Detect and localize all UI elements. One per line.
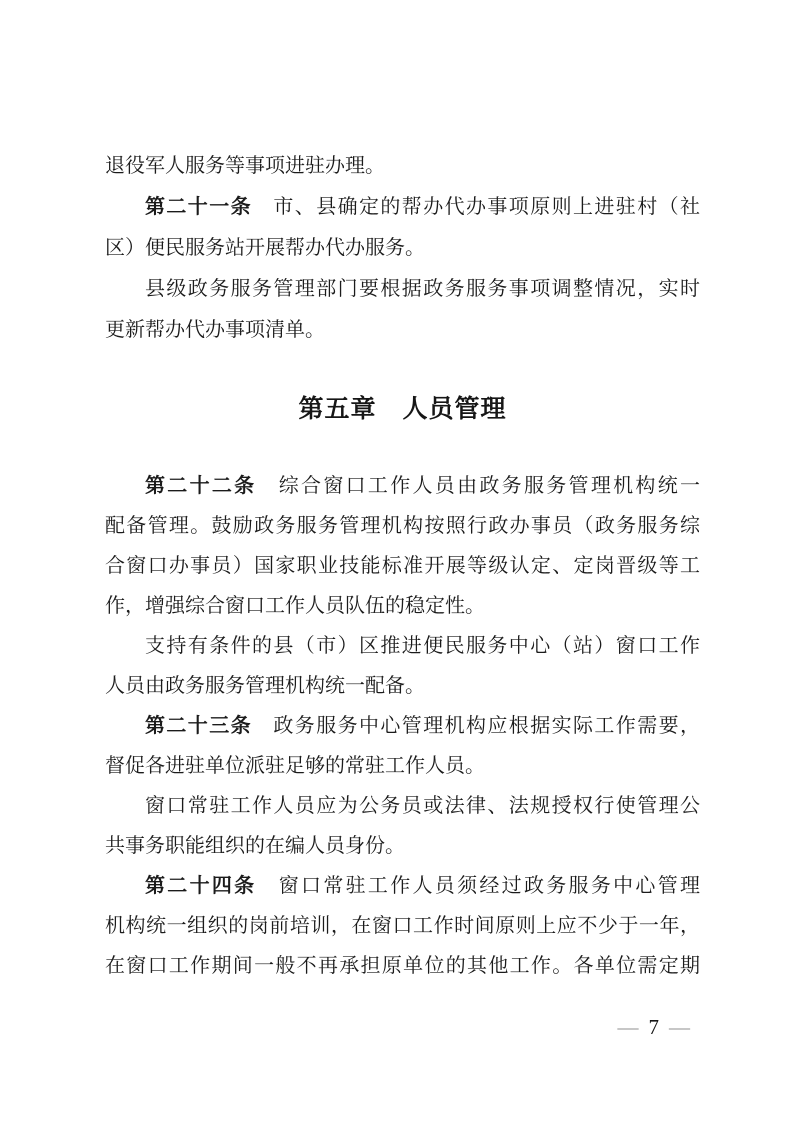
text-line: 共事务职能组织的在编人员身份。 [105,826,700,866]
line-text: 政务服务中心管理机构应根据实际工作需要， [252,715,700,737]
text-line: 配备管理。鼓励政务服务管理机构按照行政办事员（政务服务综 [105,506,700,546]
line-text: 退役军人服务等事项进驻办理。 [105,155,385,177]
page-number: 7 [649,1015,660,1039]
section-after-chapter: 第二十二条 综合窗口工作人员由政务服务管理机构统一 配备管理。鼓励政务服务管理机… [105,466,700,986]
line-text: 支持有条件的县（市）区推进便民服务中心（站）窗口工作 [145,635,700,657]
line-text: 窗口常驻工作人员应为公务员或法律、法规授权行使管理公 [145,795,700,817]
text-line: 第二十一条 市、县确定的帮办代办事项原则上进驻村（社 [105,187,700,228]
chapter-heading: 第五章 人员管理 [105,387,700,431]
line-text: 人员由政务服务管理机构统一配备。 [105,675,425,697]
text-line: 第二十三条 政务服务中心管理机构应根据实际工作需要， [105,706,700,746]
page-footer: —7— [608,1012,701,1042]
article-number: 第二十三条 [145,715,252,737]
line-text: 在窗口工作期间一般不再承担原单位的其他工作。各单位需定期 [105,955,700,977]
text-line: 窗口常驻工作人员应为公务员或法律、法规授权行使管理公 [105,786,700,826]
line-text: 县级政务服务管理部门要根据政务服务事项调整情况，实时 [145,278,700,300]
footer-dash: — [659,1015,700,1039]
text-line: 督促各进驻单位派驻足够的常驻工作人员。 [105,746,700,786]
article-number: 第二十一条 [145,196,252,218]
document-page: 退役军人服务等事项进驻办理。 第二十一条 市、县确定的帮办代办事项原则上进驻村（… [0,0,793,1122]
text-line: 第二十四条 窗口常驻工作人员须经过政务服务中心管理 [105,866,700,906]
footer-dash: — [608,1015,649,1039]
line-text: 机构统一组织的岗前培训，在窗口工作时间原则上应不少于一年， [105,915,700,937]
text-line: 更新帮办代办事项清单。 [105,310,700,351]
text-line: 退役军人服务等事项进驻办理。 [105,146,700,187]
line-text: 窗口常驻工作人员须经过政务服务中心管理 [256,875,700,897]
line-text: 配备管理。鼓励政务服务管理机构按照行政办事员（政务服务综 [105,515,700,537]
line-text: 市、县确定的帮办代办事项原则上进驻村（社 [252,196,700,218]
text-line: 机构统一组织的岗前培训，在窗口工作时间原则上应不少于一年， [105,906,700,946]
line-text: 综合窗口工作人员由政务服务管理机构统一 [256,475,700,497]
line-text: 作，增强综合窗口工作人员队伍的稳定性。 [105,595,485,617]
article-number: 第二十二条 [145,475,256,497]
text-line: 支持有条件的县（市）区推进便民服务中心（站）窗口工作 [105,626,700,666]
text-line: 第二十二条 综合窗口工作人员由政务服务管理机构统一 [105,466,700,506]
section-before-chapter: 退役军人服务等事项进驻办理。 第二十一条 市、县确定的帮办代办事项原则上进驻村（… [105,146,700,351]
text-line: 人员由政务服务管理机构统一配备。 [105,666,700,706]
text-line: 县级政务服务管理部门要根据政务服务事项调整情况，实时 [105,269,700,310]
line-text: 更新帮办代办事项清单。 [105,319,325,341]
text-line: 区）便民服务站开展帮办代办服务。 [105,228,700,269]
text-line: 作，增强综合窗口工作人员队伍的稳定性。 [105,586,700,626]
text-line: 在窗口工作期间一般不再承担原单位的其他工作。各单位需定期 [105,946,700,986]
article-number: 第二十四条 [145,875,256,897]
line-text: 合窗口办事员）国家职业技能标准开展等级认定、定岗晋级等工 [105,555,700,577]
text-line: 合窗口办事员）国家职业技能标准开展等级认定、定岗晋级等工 [105,546,700,586]
line-text: 督促各进驻单位派驻足够的常驻工作人员。 [105,755,485,777]
line-text: 区）便民服务站开展帮办代办服务。 [105,237,425,259]
document-body: 退役军人服务等事项进驻办理。 第二十一条 市、县确定的帮办代办事项原则上进驻村（… [105,146,700,986]
line-text: 共事务职能组织的在编人员身份。 [105,835,405,857]
